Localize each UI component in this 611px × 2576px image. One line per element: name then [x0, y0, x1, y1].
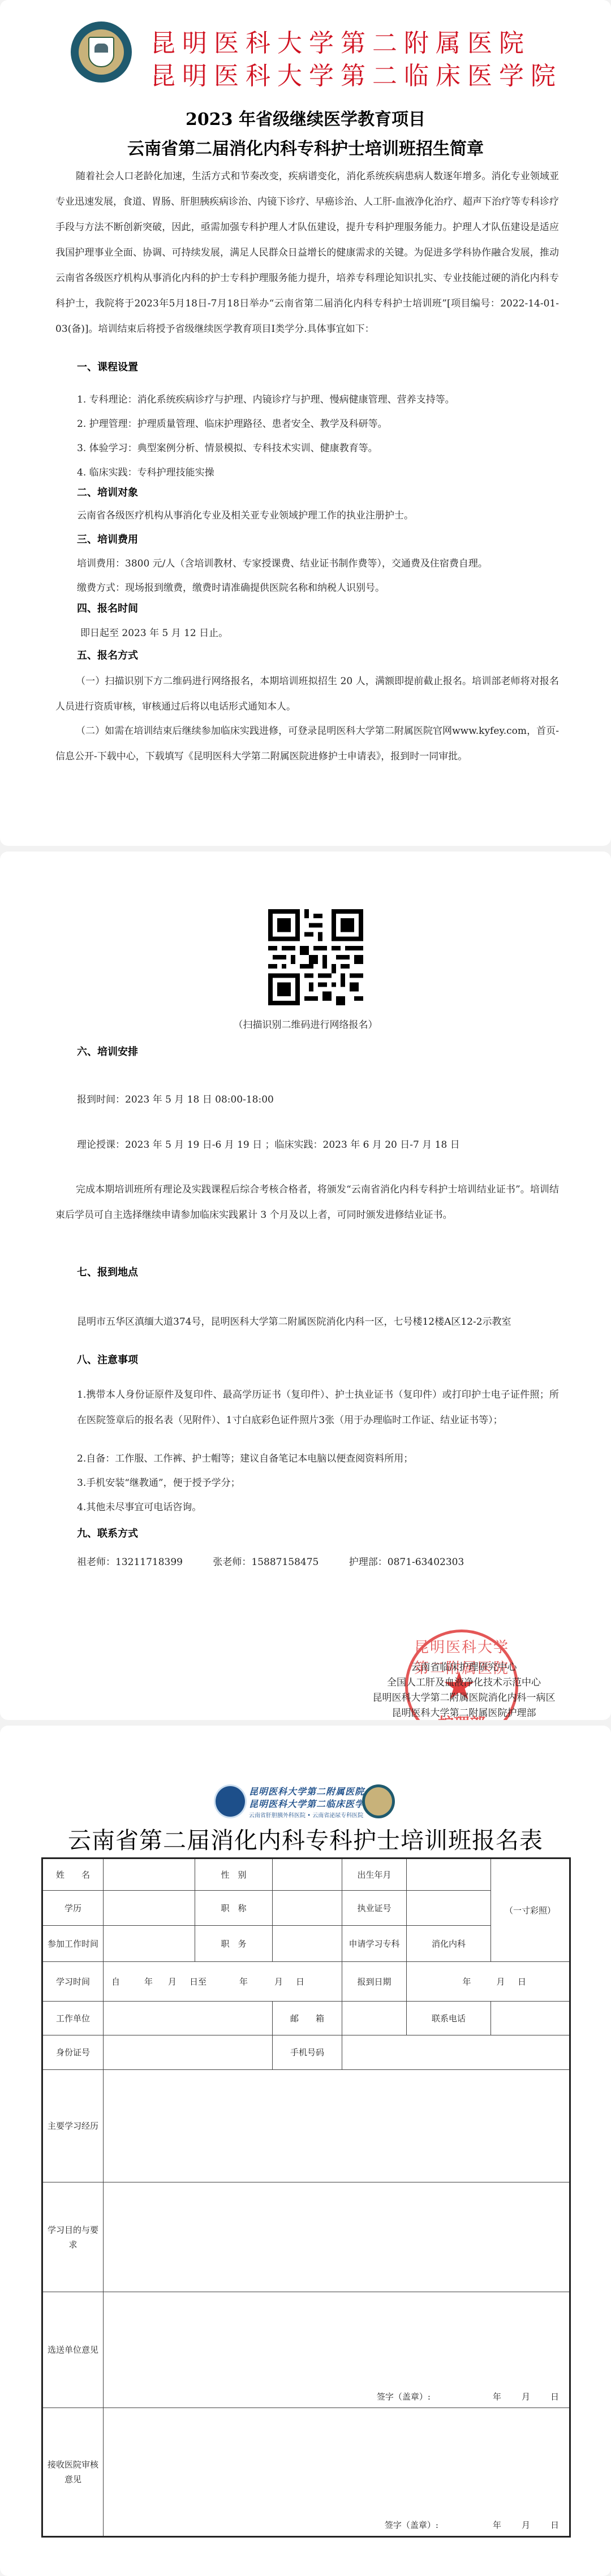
specialty-value: 消化内科	[407, 1926, 491, 1962]
input-id-no[interactable]	[104, 2035, 273, 2070]
qr-caption: （扫描识别二维码进行网络报名）	[0, 1017, 611, 1031]
label-birth: 出生年月	[342, 1858, 407, 1891]
hospital-logo-icon	[362, 1784, 395, 1818]
label-unit-opinion: 选送单位意见	[42, 2292, 104, 2408]
input-work-start[interactable]	[104, 1926, 195, 1962]
label-work-unit: 工作单位	[42, 2002, 104, 2035]
label-mobile: 手机号码	[273, 2035, 342, 2070]
signature-block: 云南省临床护理研究中心 全国人工肝及血液净化技术示范中心 昆明医科大学第二附属医…	[351, 1660, 577, 1720]
target-text: 云南省各级医疗机构从事消化专业及相关亚专业领域护理工作的执业注册护士。	[77, 507, 414, 521]
label-gender: 性 别	[195, 1858, 273, 1891]
input-name[interactable]	[104, 1858, 195, 1891]
section-heading-location: 七、报到地点	[77, 1264, 138, 1279]
section-heading-notes: 八、注意事项	[77, 1352, 138, 1367]
input-phone[interactable]	[491, 2002, 570, 2035]
input-education[interactable]	[104, 1891, 195, 1926]
note-item: 2.自备：工作服、工作裤、护士帽等；建议自备笔记本电脑以便查阅资料所用；	[77, 1450, 413, 1464]
location-text: 昆明市五华区滇缅大道374号，昆明医科大学第二附属医院消化内科一区，七号楼12楼…	[77, 1313, 511, 1328]
doc-title-line1: 2023 年省级继续医学教育项目	[0, 105, 611, 130]
input-study-time[interactable]: 自年月日至年月日	[104, 1962, 342, 2002]
input-checkin-date[interactable]: 年月日	[407, 1962, 570, 2002]
note-item: 3.手机安装“继教通”，便于授予学分；	[77, 1475, 240, 1489]
form-header-logos: 昆明医科大学第二附属医院 昆明医科大学第二临床医学院 云南省肝胆胰外科医院 • …	[214, 1783, 401, 1819]
note-item: 1.携带本人身份证原件及复印件、最高学历证书（复印件）、护士执业证书（复印件）或…	[55, 1382, 559, 1433]
registration-paragraph-2: （二）如需在培训结束后继续参加临床实践进修，可登录昆明医科大学第二附属医院官网w…	[55, 719, 559, 770]
contact-row: 祖老师：13211718399 张老师：15887158475 护理部：0871…	[77, 1554, 491, 1568]
section-heading-schedule: 六、培训安排	[77, 1044, 138, 1058]
checkin-time: 报到时间：2023 年 5 月 18 日 08:00-18:00	[77, 1091, 274, 1105]
section-heading-deadline: 四、报名时间	[77, 600, 138, 615]
contact-zu[interactable]: 祖老师：13211718399	[77, 1557, 183, 1568]
label-work-start: 参加工作时间	[42, 1926, 104, 1962]
course-item: 3. 体验学习：典型案例分析、情景模拟、专科技术实训、健康教育等。	[77, 440, 378, 454]
course-item: 4. 临床实践：专科护理技能实操	[77, 464, 214, 478]
payment-text: 缴费方式：现场报到缴费，缴费时请准确提供医院名称和纳税人识别号。	[77, 580, 385, 594]
course-item: 1. 专科理论：消化系统疾病诊疗与护理、内镜诊疗与护理、慢病健康管理、营养支持等…	[77, 391, 455, 405]
hospital-signature-line: 签字（盖章）:年月日	[385, 2518, 559, 2532]
photo-slot[interactable]: （一寸彩照）	[491, 1858, 570, 1962]
input-title-rank[interactable]	[273, 1891, 342, 1926]
university-logo-icon	[214, 1784, 247, 1818]
fee-text: 培训费用：3800 元/人（含培训教材、专家授课费、结业证书制作费等），交通费及…	[77, 555, 488, 569]
input-unit-opinion[interactable]: 签字（盖章）:年月日	[104, 2292, 570, 2408]
section-heading-registration: 五、报名方式	[77, 647, 138, 662]
institution-name-2: 昆明医科大学第二临床医学院	[150, 55, 562, 92]
page-3-registration-form: 昆明医科大学第二附属医院 昆明医科大学第二临床医学院 云南省肝胆胰外科医院 • …	[0, 1726, 611, 2576]
contact-zhang[interactable]: 张老师：15887158475	[213, 1557, 319, 1568]
label-id-no: 身份证号	[42, 2035, 104, 2070]
institution-name-1: 昆明医科大学第二附属医院	[150, 23, 531, 59]
unit-signature-line: 签字（盖章）:年月日	[377, 2389, 559, 2404]
label-phone: 联系电话	[407, 2002, 491, 2035]
label-study-time: 学习时间	[42, 1962, 104, 2002]
section-heading-target: 二、培训对象	[77, 485, 138, 499]
input-work-unit[interactable]	[104, 2002, 273, 2035]
input-gender[interactable]	[273, 1858, 342, 1891]
registration-table: 姓 名 性 别 出生年月 （一寸彩照） 学历 职 称 执业证号 参加工作时间 职…	[41, 1857, 571, 2538]
section-heading-fees: 三、培训费用	[77, 531, 138, 546]
input-position[interactable]	[273, 1926, 342, 1962]
label-purpose: 学习目的与要求	[42, 2182, 104, 2292]
input-hospital-opinion[interactable]: 签字（盖章）:年月日	[104, 2408, 570, 2537]
label-education: 学历	[42, 1891, 104, 1926]
label-name: 姓 名	[42, 1858, 104, 1891]
certificate-text: 完成本期培训班所有理论及实践课程后综合考核合格者，将颁发“云南省消化内科专科护士…	[55, 1177, 559, 1228]
intro-paragraph: 随着社会人口老龄化加速，生活方式和节奏改变，疾病谱变化，消化系统疾病患病人数逐年…	[55, 164, 559, 342]
contact-nursing-dept[interactable]: 护理部：0871-63402303	[349, 1557, 464, 1568]
input-birth[interactable]	[407, 1858, 491, 1891]
page-1: 昆明医科大学第二附属医院 昆明医科大学第二临床医学院 2023 年省级继续医学教…	[0, 0, 611, 846]
input-license-no[interactable]	[407, 1891, 491, 1926]
label-study-history: 主要学习经历	[42, 2070, 104, 2182]
input-mobile[interactable]	[342, 2035, 570, 2070]
qr-code-icon[interactable]	[268, 909, 363, 1005]
form-title: 云南省第二届消化内科专科护士培训班报名表	[0, 1822, 611, 1855]
doc-title-line2: 云南省第二届消化内科专科护士培训班招生简章	[0, 135, 611, 159]
registration-paragraph-1: （一）扫描识别下方二维码进行网络报名，本期培训班拟招生 20 人，满额即提前截止…	[55, 669, 559, 720]
note-item: 4.其他未尽事宜可电话咨询。	[77, 1499, 201, 1513]
input-email[interactable]	[342, 2002, 407, 2035]
label-specialty: 申请学习专科	[342, 1926, 407, 1962]
page-2: （扫描识别二维码进行网络报名） 六、培训安排 报到时间：2023 年 5 月 1…	[0, 852, 611, 1720]
deadline-text: 即日起至 2023 年 5 月 12 日止。	[80, 625, 228, 639]
hospital-seal-logo-icon	[71, 21, 132, 83]
class-schedule: 理论授课：2023 年 5 月 19 日-6 月 19 日 ；临床实践：2023…	[77, 1136, 460, 1151]
input-purpose[interactable]	[104, 2182, 570, 2292]
section-heading-contact: 九、联系方式	[77, 1525, 138, 1540]
label-title-rank: 职 称	[195, 1891, 273, 1926]
label-hospital-opinion: 接收医院审核意见	[42, 2408, 104, 2537]
label-license-no: 执业证号	[342, 1891, 407, 1926]
label-position: 职 务	[195, 1926, 273, 1962]
section-heading-courses: 一、课程设置	[77, 359, 138, 374]
label-checkin-date: 报到日期	[342, 1962, 407, 2002]
label-email: 邮 箱	[273, 2002, 342, 2035]
course-item: 2. 护理管理：护理质量管理、临床护理路径、患者安全、教学及科研等。	[77, 416, 388, 430]
input-study-history[interactable]	[104, 2070, 570, 2182]
